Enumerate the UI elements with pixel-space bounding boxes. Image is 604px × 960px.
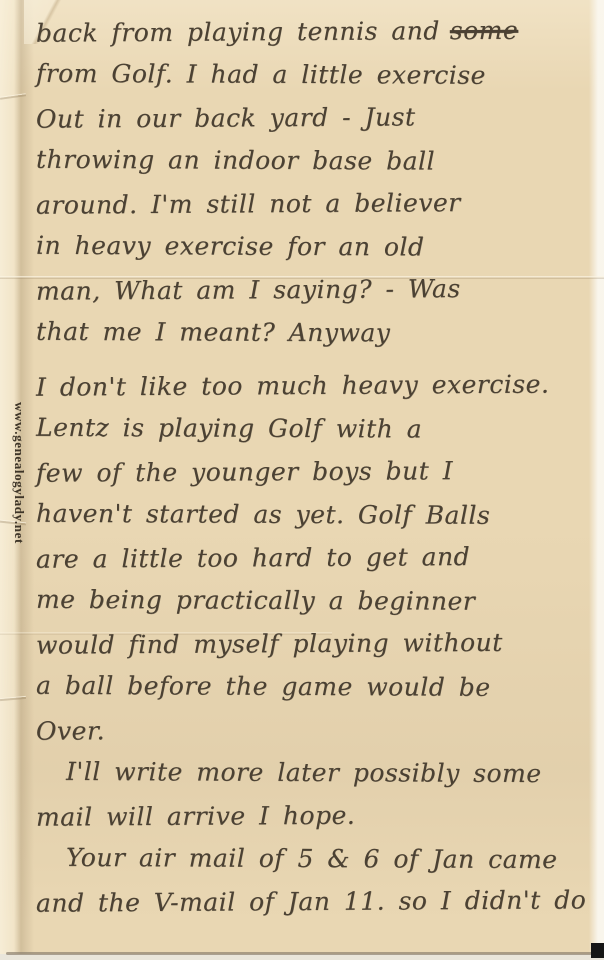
handwritten-line: me being practically a beginner <box>36 578 586 623</box>
handwritten-line: haven't started as yet. Golf Balls <box>36 492 586 537</box>
handwritten-line: man, What am I saying? - Was <box>36 266 586 312</box>
handwritten-line: few of the younger boys but I <box>36 448 586 494</box>
handwritten-line: Out in our back yard - Just <box>36 94 586 140</box>
handwritten-line: Your air mail of 5 & 6 of Jan came <box>36 836 586 881</box>
handwritten-line: are a little too hard to get and <box>36 534 586 580</box>
handwritten-line: would find myself playing without <box>36 620 586 666</box>
scanner-corner-mark <box>591 943 604 958</box>
handwritten-line: around. I'm still not a believer <box>36 180 586 226</box>
handwritten-line: Over. <box>36 706 586 752</box>
handwritten-text: are a little too hard to get and <box>36 542 470 574</box>
handwritten-text: from Golf. I had a little exercise <box>36 59 486 90</box>
handwritten-text: around. I'm still not a believer <box>36 188 461 220</box>
page-bottom-edge-shadow <box>6 952 602 955</box>
struck-out-word: some <box>450 16 519 45</box>
handwritten-text: Out in our back yard - Just <box>36 102 416 133</box>
handwritten-line: a ball before the game would be <box>36 664 586 709</box>
handwritten-line: that me I meant? Anyway <box>36 310 586 355</box>
handwritten-text: man, What am I saying? - Was <box>36 274 461 306</box>
watermark: www.genealogylady.net <box>11 402 27 574</box>
left-edge-crease-mark <box>0 94 26 100</box>
handwritten-line: I'll write more later possibly some <box>36 750 586 795</box>
handwritten-text: Your air mail of 5 & 6 of Jan came <box>66 843 558 874</box>
handwritten-line: and the V-mail of Jan 11. so I didn't do <box>36 878 586 924</box>
handwritten-text: haven't started as yet. Golf Balls <box>36 499 490 530</box>
handwritten-text: that me I meant? Anyway <box>36 317 391 348</box>
handwritten-line: from Golf. I had a little exercise <box>36 52 586 97</box>
handwritten-text: few of the younger boys but I <box>36 456 453 488</box>
handwritten-line: back from playing tennis andsome <box>36 8 586 54</box>
handwritten-text: would find myself playing without <box>36 628 503 660</box>
handwritten-text: a ball before the game would be <box>36 671 491 702</box>
letter-page: www.genealogylady.net back from playing … <box>0 0 604 960</box>
handwritten-text: back from playing tennis and <box>36 16 440 47</box>
handwritten-text: throwing an indoor base ball <box>36 145 435 176</box>
handwritten-text: mail will arrive I hope. <box>36 801 355 832</box>
handwritten-text: and the V-mail of Jan 11. so I didn't do <box>36 885 586 917</box>
handwritten-text: Lentz is playing Golf with a <box>36 413 422 444</box>
handwritten-text: me being practically a beginner <box>36 585 475 616</box>
handwritten-line: throwing an indoor base ball <box>36 138 586 183</box>
left-edge-crease-mark <box>0 697 26 701</box>
handwritten-text: Over. <box>36 716 105 745</box>
handwritten-line: in heavy exercise for an old <box>36 224 586 269</box>
handwritten-text: I'll write more later possibly some <box>66 757 542 788</box>
handwritten-line: I don't like too much heavy exercise. <box>36 362 586 408</box>
handwritten-line: Lentz is playing Golf with a <box>36 406 586 451</box>
handwritten-line: mail will arrive I hope. <box>36 792 586 838</box>
handwritten-text: in heavy exercise for an old <box>36 231 425 262</box>
letter-body: back from playing tennis andsomefrom Gol… <box>36 10 586 923</box>
handwritten-text: I don't like too much heavy exercise. <box>36 370 550 402</box>
